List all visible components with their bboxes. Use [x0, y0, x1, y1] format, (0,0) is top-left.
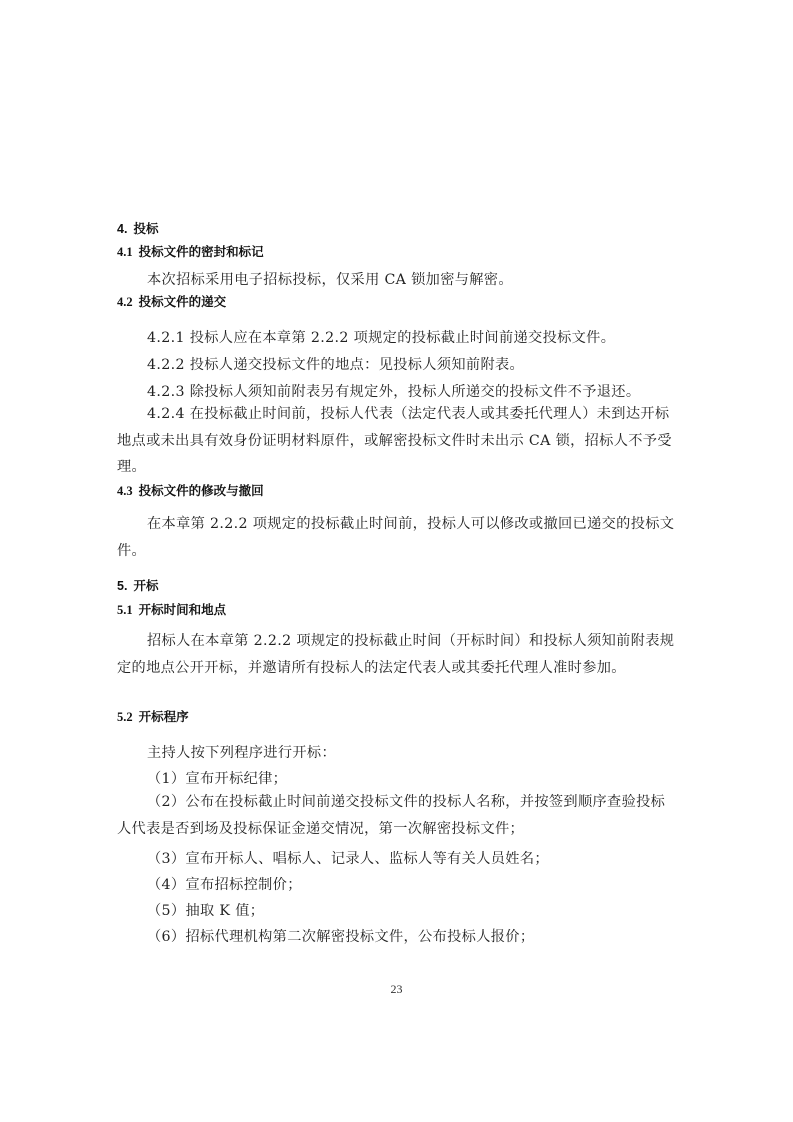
- paragraph-4-3: 在本章第 2.2.2 项规定的投标截止时间前，投标人可以修改或撤回已递交的投标文…: [117, 511, 679, 564]
- item-4-2-1: 4.2.1 投标人应在本章第 2.2.2 项规定的投标截止时间前递交投标文件。: [147, 327, 615, 347]
- section-number: 4.1: [117, 245, 133, 259]
- document-page: 4.投标 4.1投标文件的密封和标记 本次招标采用电子招标投标，仅采用 CA 锁…: [0, 0, 793, 1122]
- step-4: （4）宣布招标控制价；: [147, 874, 302, 894]
- section-title: 开标程序: [139, 709, 189, 724]
- section-title: 投标文件的密封和标记: [139, 244, 264, 259]
- section-number: 5.2: [117, 710, 133, 724]
- step-6: （6）招标代理机构第二次解密投标文件，公布投标人报价；: [147, 926, 534, 946]
- section-title: 开标时间和地点: [139, 602, 227, 617]
- step-5: （5）抽取 K 值；: [147, 900, 264, 920]
- item-4-2-3: 4.2.3 除投标人须知前附表另有规定外，投标人所递交的投标文件不予退还。: [147, 381, 640, 401]
- section-number: 4.3: [117, 484, 133, 498]
- paragraph-5-2-intro: 主持人按下列程序进行开标：: [147, 742, 336, 762]
- section-number: 4.: [117, 222, 127, 236]
- section-heading-4: 4.投标: [117, 219, 158, 237]
- section-number: 5.: [117, 579, 127, 593]
- section-number: 4.2: [117, 295, 133, 309]
- section-heading-5-1: 5.1开标时间和地点: [117, 600, 226, 618]
- paragraph-4-1: 本次招标采用电子招标投标，仅采用 CA 锁加密与解密。: [117, 267, 679, 294]
- section-title: 投标: [133, 221, 158, 236]
- paragraph-5-1: 招标人在本章第 2.2.2 项规定的投标截止时间（开标时间）和投标人须知前附表规…: [117, 628, 679, 681]
- item-4-2-2: 4.2.2 投标人递交投标文件的地点：见投标人须知前附表。: [147, 354, 524, 374]
- page-number: 23: [0, 982, 793, 997]
- section-heading-5-2: 5.2开标程序: [117, 707, 189, 725]
- section-heading-5: 5.开标: [117, 576, 158, 594]
- step-2: （2）公布在投标截止时间前递交投标文件的投标人名称，并按签到顺序查验投标人代表是…: [117, 789, 679, 842]
- section-heading-4-2: 4.2投标文件的递交: [117, 292, 226, 310]
- section-heading-4-3: 4.3投标文件的修改与撤回: [117, 481, 264, 499]
- section-heading-4-1: 4.1投标文件的密封和标记: [117, 242, 264, 260]
- step-1: （1）宣布开标纪律；: [147, 768, 287, 788]
- step-3: （3）宣布开标人、唱标人、记录人、监标人等有关人员姓名；: [147, 848, 549, 868]
- item-4-2-4: 4.2.4 在投标截止时间前，投标人代表（法定代表人或其委托代理人）未到达开标地…: [117, 401, 679, 481]
- section-number: 5.1: [117, 603, 133, 617]
- section-title: 投标文件的修改与撤回: [139, 483, 264, 498]
- section-title: 开标: [133, 578, 158, 593]
- section-title: 投标文件的递交: [139, 294, 227, 309]
